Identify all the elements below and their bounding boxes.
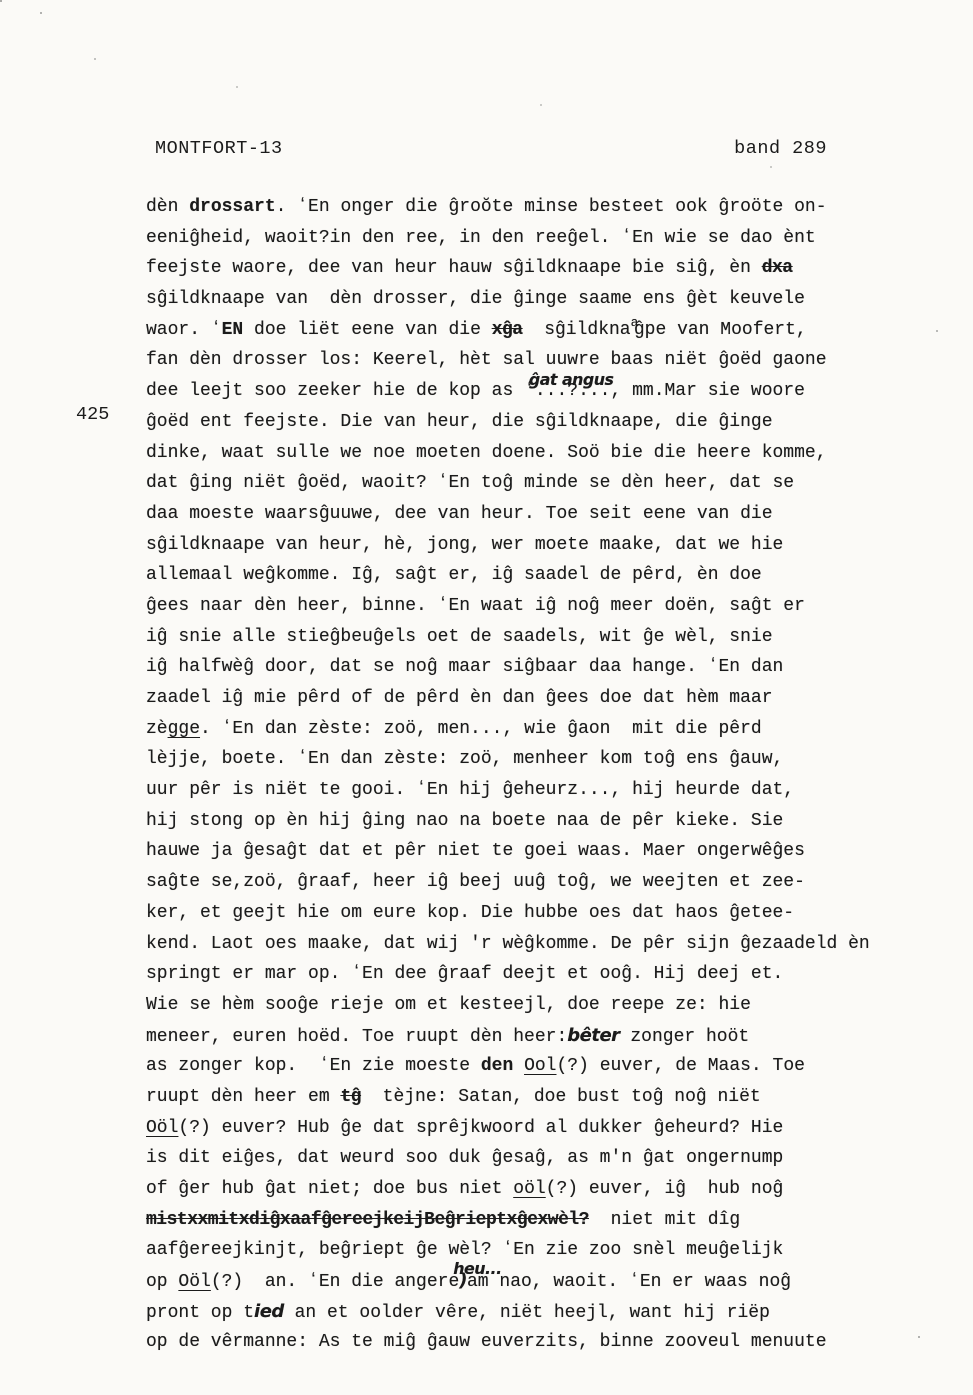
text-line: lèjje, boete. ʻEn dan zèste: zoö, menhee… bbox=[146, 744, 906, 775]
text-line: op de vêrmanne: As te miĝ ĝauw euverzits… bbox=[146, 1327, 906, 1358]
text-segment-hand: bêter bbox=[567, 1025, 619, 1046]
margin-line-number: 425 bbox=[76, 404, 109, 425]
text-line: waor. ʻEN doe liët eene van die xĝa sĝil… bbox=[146, 315, 906, 346]
text-segment: (?) euver, de Maas. Toe bbox=[556, 1056, 804, 1076]
handwritten-annotation: ĝat angus bbox=[529, 365, 614, 396]
text-line: mistxxmitxdiĝxaafĝereejkeijBeĝrieptxĝexw… bbox=[146, 1205, 906, 1236]
text-segment: sĝildknaape van dèn drosser, die ĝinge s… bbox=[146, 289, 805, 309]
text-line: op Oöl(?) an. ʻEn die angere)heu...am na… bbox=[146, 1266, 906, 1297]
text-line: ĝees naar dèn heer, binne. ʻEn waat iĝ n… bbox=[146, 591, 906, 622]
text-segment: ĝees naar dèn heer, binne. ʻEn waat iĝ n… bbox=[146, 596, 805, 616]
text-segment-strike: xĝa bbox=[492, 320, 523, 340]
text-segment: dèn bbox=[146, 197, 189, 217]
text-segment: hij stong op èn hij ĝing nao na boete na… bbox=[146, 811, 783, 831]
text-segment-hand: ied bbox=[254, 1301, 284, 1322]
text-segment: Wie se hèm sooĝe rieje om et kesteejl, d… bbox=[146, 995, 751, 1015]
text-segment: iĝ halfwèĝ door, dat se noĝ maar siĝbaar… bbox=[146, 657, 783, 677]
text-segment: pront op t bbox=[146, 1303, 254, 1323]
text-line: ĝoëd ent feejste. Die van heur, die sĝil… bbox=[146, 407, 906, 438]
text-segment: lèjje, boete. ʻEn dan zèste: zoö, menhee… bbox=[146, 749, 783, 769]
text-segment-sup: a bbox=[631, 315, 639, 330]
text-segment: (?) euver, iĝ hub noĝ bbox=[546, 1179, 784, 1199]
text-segment: ruupt dèn heer em bbox=[146, 1087, 340, 1107]
text-line: hauwe ja ĝesaĝt dat et pêr niet te goei … bbox=[146, 836, 906, 867]
text-line: iĝ halfwèĝ door, dat se noĝ maar siĝbaar… bbox=[146, 652, 906, 683]
text-segment: eeniĝheid, waoit?in den ree, in den reeĝ… bbox=[146, 228, 816, 248]
text-line: fan dèn drosser los: Keerel, hèt sal uuw… bbox=[146, 345, 906, 376]
text-line: dat ĝing niët ĝoëd, waoit? ʻEn toĝ minde… bbox=[146, 468, 906, 499]
text-segment-underline: Ool bbox=[524, 1056, 556, 1076]
text-line: hij stong op èn hij ĝing nao na boete na… bbox=[146, 806, 906, 837]
text-segment: as zonger kop. ʻEn zie moeste bbox=[146, 1056, 481, 1076]
text-segment: . ʻEn onger die ĝroŏte minse besteet ook… bbox=[276, 197, 827, 217]
text-line: kend. Laot oes maake, dat wij 'r wèĝkomm… bbox=[146, 929, 906, 960]
text-line: feejste waore, dee van heur hauw sĝildkn… bbox=[146, 253, 906, 284]
text-line: as zonger kop. ʻEn zie moeste den Ool(?)… bbox=[146, 1051, 906, 1082]
text-line: dèn drossart. ʻEn onger die ĝroŏte minse… bbox=[146, 192, 906, 223]
text-segment: ker, et geejt hie om eure kop. Die hubbe… bbox=[146, 903, 794, 923]
page-header: MONTFORT-13 band 289 bbox=[155, 138, 827, 159]
text-segment: feejste waore, dee van heur hauw sĝildkn… bbox=[146, 258, 762, 278]
text-segment: . ʻEn dan zèste: zoö, men..., wie ĝaon m… bbox=[200, 719, 762, 739]
text-segment: (?) an. ʻEn die angere bbox=[211, 1272, 459, 1292]
text-segment: zaadel iĝ mie pêrd of de pêrd èn dan ĝee… bbox=[146, 688, 773, 708]
text-line: sĝildknaape van dèn drosser, die ĝinge s… bbox=[146, 284, 906, 315]
text-segment: dat ĝing niët ĝoëd, waoit? ʻEn toĝ minde… bbox=[146, 473, 794, 493]
text-line: Wie se hèm sooĝe rieje om et kesteejl, d… bbox=[146, 990, 906, 1021]
handwritten-annotation: heu... bbox=[453, 1254, 501, 1285]
text-segment bbox=[513, 1056, 524, 1076]
text-line: ruupt dèn heer em tĝ tèjne: Satan, doe b… bbox=[146, 1082, 906, 1113]
text-segment: is dit eiĝes, dat weurd soo duk ĝesaĝ, a… bbox=[146, 1148, 783, 1168]
text-segment: springt er mar op. ʻEn dee ĝraaf deejt e… bbox=[146, 964, 783, 984]
text-line: Oöl(?) euver? Hub ĝe dat sprêjkwoord al … bbox=[146, 1113, 906, 1144]
header-document-id: MONTFORT-13 bbox=[155, 138, 283, 159]
text-segment-hand: )heu... bbox=[459, 1270, 467, 1291]
text-segment: , mm.Mar sie woore bbox=[611, 381, 805, 401]
text-line: ker, et geejt hie om eure kop. Die hubbe… bbox=[146, 898, 906, 929]
text-segment: (?) euver? Hub ĝe dat sprêjkwoord al duk… bbox=[178, 1118, 783, 1138]
text-segment: of ĝer hub ĝat niet; doe bus niet bbox=[146, 1179, 513, 1199]
text-segment-underline: gge bbox=[168, 719, 200, 739]
text-segment: sĝildkna bbox=[523, 320, 631, 340]
text-segment-strike: tĝ bbox=[340, 1087, 361, 1107]
text-segment: an et oolder vêre, niët heejl, want hij … bbox=[284, 1303, 770, 1323]
text-segment: iĝ snie alle stieĝbeuĝels oet de saadels… bbox=[146, 627, 773, 647]
text-segment: meneer, euren hoëd. Toe ruupt dèn heer: bbox=[146, 1027, 567, 1047]
text-line: eeniĝheid, waoit?in den ree, in den reeĝ… bbox=[146, 223, 906, 254]
text-segment: hauwe ja ĝesaĝt dat et pêr niet te goei … bbox=[146, 841, 805, 861]
text-line: meneer, euren hoëd. Toe ruupt dèn heer:b… bbox=[146, 1021, 906, 1052]
text-segment: zonger hoöt bbox=[620, 1027, 750, 1047]
text-segment: ...?...ĝat angus bbox=[535, 381, 611, 401]
text-line: allemaal weĝkomme. Iĝ, saĝt er, iĝ saade… bbox=[146, 560, 906, 591]
text-segment: niet mit dîg bbox=[589, 1210, 740, 1230]
text-segment-over: drossart bbox=[189, 197, 275, 217]
text-line: is dit eiĝes, dat weurd soo duk ĝesaĝ, a… bbox=[146, 1143, 906, 1174]
text-segment: am nao, waoit. ʻEn er waas noĝ bbox=[467, 1272, 791, 1292]
text-line: dinke, waat sulle we noe moeten doene. S… bbox=[146, 438, 906, 469]
text-segment: allemaal weĝkomme. Iĝ, saĝt er, iĝ saade… bbox=[146, 565, 762, 585]
text-segment: daa moeste waarsĝuuwe, dee van heur. Toe… bbox=[146, 504, 773, 524]
text-line: zègge. ʻEn dan zèste: zoö, men..., wie ĝ… bbox=[146, 714, 906, 745]
text-segment-underline: Oöl bbox=[178, 1272, 210, 1292]
text-line: zaadel iĝ mie pêrd of de pêrd èn dan ĝee… bbox=[146, 683, 906, 714]
text-line: saĝte se,zoö, ĝraaf, heer iĝ beej uuĝ to… bbox=[146, 867, 906, 898]
text-segment: op bbox=[146, 1272, 178, 1292]
document-page: MONTFORT-13 band 289 425 dèn drossart. ʻ… bbox=[0, 0, 973, 1395]
text-segment: zè bbox=[146, 719, 168, 739]
text-segment: uur pêr is niët te gooi. ʻEn hij ĝeheurz… bbox=[146, 780, 794, 800]
text-line: aafĝereejkinjt, beĝriept ĝe wèl? ʻEn zie… bbox=[146, 1235, 906, 1266]
text-line: springt er mar op. ʻEn dee ĝraaf deejt e… bbox=[146, 959, 906, 990]
text-segment-over: den bbox=[481, 1056, 513, 1076]
text-segment: tèjne: Satan, doe bust toĝ noĝ niët bbox=[361, 1087, 761, 1107]
text-segment: dinke, waat sulle we noe moeten doene. S… bbox=[146, 443, 827, 463]
text-segment: ĝpe van Moofert, bbox=[634, 320, 807, 340]
text-segment: kend. Laot oes maake, dat wij 'r wèĝkomm… bbox=[146, 934, 870, 954]
text-segment-over: EN bbox=[222, 320, 244, 340]
body-text: dèn drossart. ʻEn onger die ĝroŏte minse… bbox=[146, 192, 906, 1358]
text-segment-underline: oöl bbox=[513, 1179, 545, 1199]
text-segment: saĝte se,zoö, ĝraaf, heer iĝ beej uuĝ to… bbox=[146, 872, 805, 892]
text-line: uur pêr is niët te gooi. ʻEn hij ĝeheurz… bbox=[146, 775, 906, 806]
scan-specks bbox=[0, 0, 2, 2]
text-segment: ĝoëd ent feejste. Die van heur, die sĝil… bbox=[146, 412, 773, 432]
text-line: dee leejt soo zeeker hie de kop as ʻ...?… bbox=[146, 376, 906, 407]
text-line: iĝ snie alle stieĝbeuĝels oet de saadels… bbox=[146, 622, 906, 653]
text-segment: dee leejt soo zeeker hie de kop as ʻ bbox=[146, 381, 535, 401]
text-line: of ĝer hub ĝat niet; doe bus niet oöl(?)… bbox=[146, 1174, 906, 1205]
text-segment: fan dèn drosser los: Keerel, hèt sal uuw… bbox=[146, 350, 827, 370]
text-segment: sĝildknaape van heur, hè, jong, wer moet… bbox=[146, 535, 783, 555]
text-segment: doe liët eene van die bbox=[243, 320, 491, 340]
text-segment-strike: dxa bbox=[762, 258, 793, 278]
text-line: daa moeste waarsĝuuwe, dee van heur. Toe… bbox=[146, 499, 906, 530]
text-segment-strike: mistxxmitxdiĝxaafĝereejkeijBeĝrieptxĝexw… bbox=[146, 1210, 589, 1230]
text-line: sĝildknaape van heur, hè, jong, wer moet… bbox=[146, 530, 906, 561]
text-segment: waor. ʻ bbox=[146, 320, 222, 340]
text-line: pront op tied an et oolder vêre, niët he… bbox=[146, 1297, 906, 1328]
text-segment: op de vêrmanne: As te miĝ ĝauw euverzits… bbox=[146, 1332, 827, 1352]
header-band-number: band 289 bbox=[734, 138, 827, 159]
text-segment-underline: Oöl bbox=[146, 1118, 178, 1138]
